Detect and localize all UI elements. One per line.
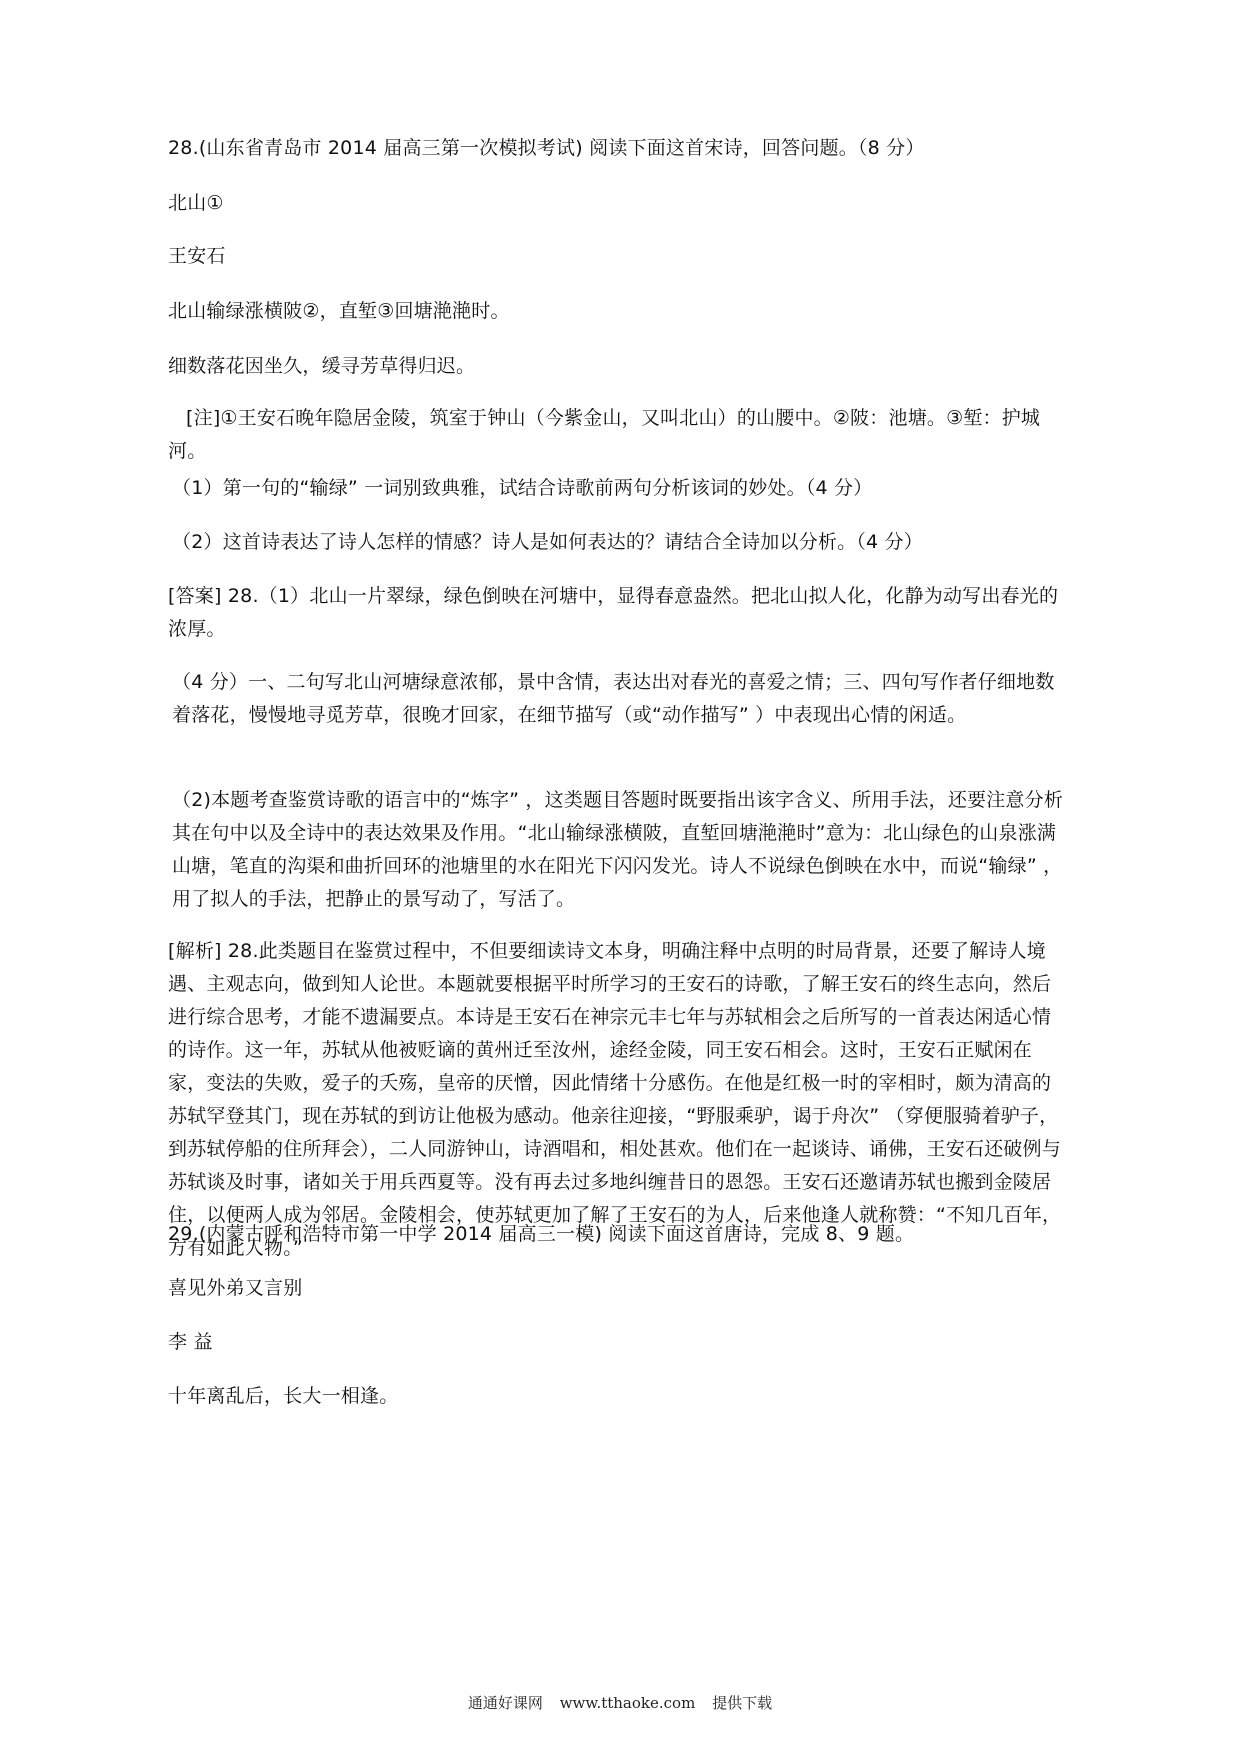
answer-28-part1: [答案] 28.（1）北山一片翠绿，绿色倒映在河塘中，显得春意盎然。把北山拟人化… xyxy=(168,580,1068,646)
analysis-28: [解析] 28.此类题目在鉴赏过程中，不但要细读诗文本身，明确注释中点明的时局背… xyxy=(168,935,1068,1265)
poem-title: 北山① xyxy=(168,187,1068,220)
poem-author: 王安石 xyxy=(168,240,1068,273)
poem-29-author: 李 益 xyxy=(168,1326,1068,1359)
poem-note: [注]①王安石晚年隐居金陵，筑室于钟山（今紫金山，又叫北山）的山腰中。②陂：池塘… xyxy=(168,402,1068,468)
poem-29-title: 喜见外弟又言别 xyxy=(168,1272,1068,1305)
question-28-1: （1）第一句的“输绿” 一词别致典雅，试结合诗歌前两句分析该词的妙处。（4 分） xyxy=(172,472,1072,505)
poem-line-2: 细数落花因坐久，缓寻芳草得归迟。 xyxy=(168,350,1068,383)
document-page: 28.(山东省青岛市 2014 届高三第一次模拟考试) 阅读下面这首宋诗，回答问… xyxy=(0,0,1240,1754)
question-29-heading: 29.(内蒙古呼和浩特市第一中学 2014 届高三一模) 阅读下面这首唐诗，完成… xyxy=(168,1218,1068,1251)
footer-site-name: 通通好课网 xyxy=(468,1694,543,1712)
footer-url[interactable]: www.tthaoke.com xyxy=(560,1694,696,1712)
poem-line-1: 北山输绿涨横陂②，直堑③回塘滟滟时。 xyxy=(168,295,1068,328)
answer-28-part2: （2)本题考查鉴赏诗歌的语言中的“炼字” ，这类题目答题时既要指出该字含义、所用… xyxy=(172,784,1072,916)
page-footer: 通通好课网 www.tthaoke.com 提供下载 xyxy=(0,1692,1240,1713)
question-28-2: （2）这首诗表达了诗人怎样的情感？诗人是如何表达的？请结合全诗加以分析。（4 分… xyxy=(172,526,1072,559)
poem-29-line-1: 十年离乱后，长大一相逢。 xyxy=(168,1380,1068,1413)
footer-suffix: 提供下载 xyxy=(712,1694,772,1712)
answer-28-part1-cont: （4 分）一、二句写北山河塘绿意浓郁，景中含情，表达出对春光的喜爱之情；三、四句… xyxy=(172,666,1072,732)
question-28-heading: 28.(山东省青岛市 2014 届高三第一次模拟考试) 阅读下面这首宋诗，回答问… xyxy=(168,132,1068,165)
